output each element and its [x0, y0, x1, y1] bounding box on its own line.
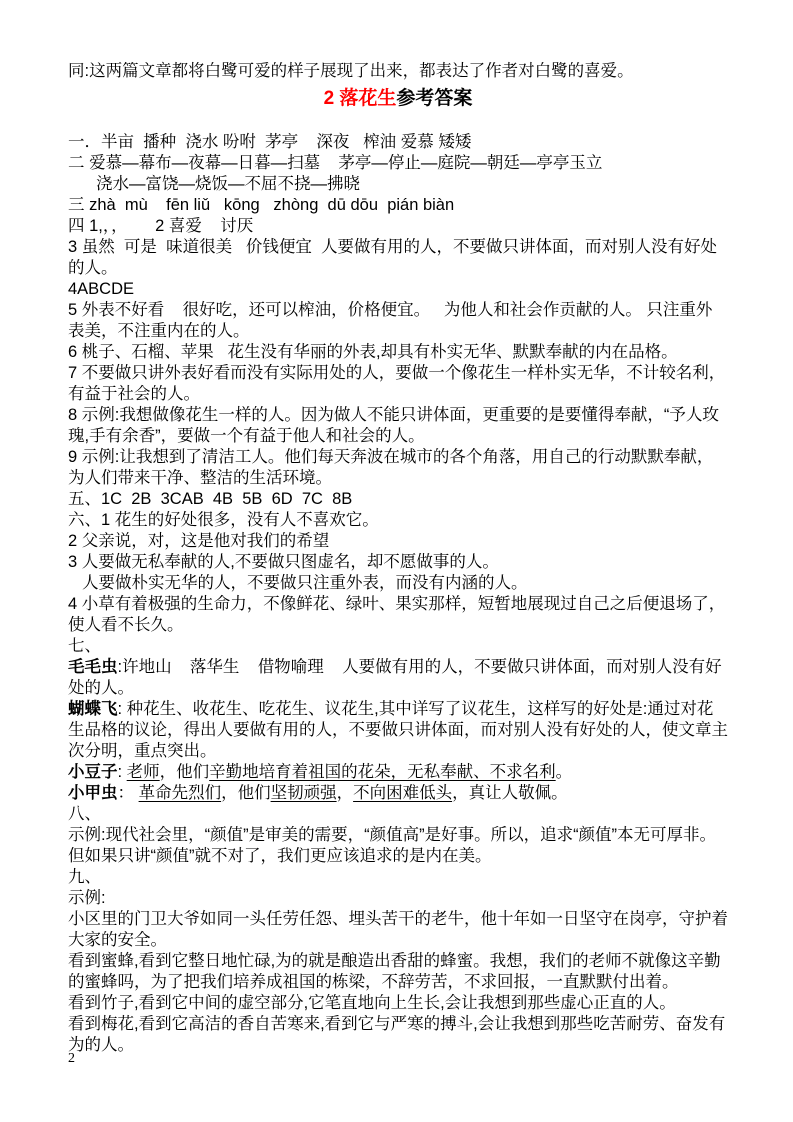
section-eight-label: 八、 [68, 804, 728, 825]
butterfly-answer-text: : 种花生、收花生、吃花生、议花生,其中详写了议花生，这样写的好处是:通过对花生… [68, 700, 728, 760]
title-lesson-number-name: 2 落花生 [324, 88, 397, 109]
answer-nine-bamboo: 看到竹子,看到它中间的虚空部分,它笔直地向上生长,会让我想到那些虚心正直的人。 [68, 993, 728, 1014]
answer-nine-example-label: 示例: [68, 888, 728, 909]
answer-nine-bee: 看到蜜蜂,看到它整日地忙碌,为的就是酿造出香甜的蜂蜜。我想，我们的老师不就像这辛… [68, 951, 728, 993]
answer-q4-item1: 四 1,，， 2 喜爱 讨厌 [68, 216, 728, 237]
answer-q3-pinyin: 三 zhà mù fēn liǔ kōng zhòng dū dōu pián … [68, 195, 728, 216]
title-suffix: 参考答案 [396, 88, 472, 109]
answer-seven-beetle: 小甲虫： 革命先烈们，他们坚韧顽强，不向困难低头，真让人敬佩。 [68, 783, 728, 804]
beetle-mid-text-1: ，他们 [221, 784, 271, 802]
answer-seven-butterfly: 蝴蝶飞: 种花生、收花生、吃花生、议花生,其中详写了议花生，这样写的好处是:通过… [68, 699, 728, 762]
butterfly-role-label: 蝴蝶飞 [68, 700, 118, 718]
page-number: 2 [68, 1051, 75, 1067]
answer-q4-item8: 8 示例:我想做像花生一样的人。因为做人不能只讲体面，更重要的是要懂得奉献，“予… [68, 405, 728, 447]
answer-q4-item4: 4ABCDE [68, 279, 728, 300]
answer-q4-item3: 3 虽然 可是 味道很美 价钱便宜 人要做有用的人，不要做只讲体面，而对别人没有… [68, 237, 728, 279]
bean-mid-text: ，他们 [160, 763, 210, 781]
answer-q4-item7: 7 不要做只讲外表好看而没有实际用处的人，要做一个像花生一样朴实无华，不计较名利… [68, 363, 728, 405]
beetle-end-text: ，真让人敬佩。 [452, 784, 568, 802]
caterpillar-role-label: 毛毛虫 [68, 658, 118, 676]
beetle-colon: ： [118, 784, 139, 802]
beetle-underlined-3: 不向困难低头 [353, 784, 452, 802]
answer-q2-line1: 二 爱慕—幕布—夜幕—日暮—扫墓 茅亭—停止—庭院—朝廷—亭亭玉立 [68, 153, 728, 174]
answer-q6-item4: 4 小草有着极强的生命力，不像鲜花、绿叶、果实那样，短暂地展现过自己之后便退场了… [68, 594, 728, 636]
answer-q2-line2: 浇水—富饶—烧饭—不屈不挠—拂晓 [68, 174, 728, 195]
caterpillar-answer-text: :许地山 落华生 借物喻理 人要做有用的人，不要做只讲体面，而对别人没有好处的人… [68, 658, 722, 697]
answer-q4-item5: 5 外表不好看 很好吃，还可以榨油，价格便宜。 为他人和社会作贡献的人。 只注重… [68, 300, 728, 342]
answer-nine-plum: 看到梅花,看到它高洁的香自苦寒来,看到它与严寒的搏斗,会让我想到那些吃苦耐劳、奋… [68, 1014, 728, 1056]
beetle-underlined-1: 革命先烈们 [139, 784, 222, 802]
intro-line: 同:这两篇文章都将白鹭可爱的样子展现了出来，都表达了作者对白鹭的喜爱。 [68, 61, 728, 82]
answer-sheet-page: 同:这两篇文章都将白鹭可爱的样子展现了出来，都表达了作者对白鹭的喜爱。 2 落花… [0, 0, 793, 1122]
answer-q6-item3a: 3 人要做无私奉献的人,不要做只图虚名，却不愿做事的人。 [68, 552, 728, 573]
answer-q4-item9: 9 示例:让我想到了清洁工人。他们每天奔波在城市的各个角落，用自己的行动默默奉献… [68, 447, 728, 489]
beetle-mid-text-2: ， [337, 784, 354, 802]
beetle-role-label: 小甲虫 [68, 784, 118, 802]
answer-seven-caterpillar: 毛毛虫:许地山 落华生 借物喻理 人要做有用的人，不要做只讲体面，而对别人没有好… [68, 657, 728, 699]
answer-eight-example: 示例:现代社会里，“颜值”是审美的需要，“颜值高”是好事。所以，追求“颜值”本无… [68, 825, 728, 867]
bean-end-text: 。 [556, 763, 573, 781]
bean-underlined-1: 老师 [127, 763, 160, 781]
answer-q6-item1: 六、1 花生的好处很多，没有人不喜欢它。 [68, 510, 728, 531]
section-nine-label: 九、 [68, 867, 728, 888]
answer-q6-item3b: 人要做朴实无华的人，不要做只注重外表，而没有内涵的人。 [68, 573, 728, 594]
answer-q6-item2: 2 父亲说，对，这是他对我们的希望 [68, 531, 728, 552]
answer-q5-choices: 五、1C 2B 3CAB 4B 5B 6D 7C 8B [68, 489, 728, 510]
answer-q4-item6: 6 桃子、石榴、苹果 花生没有华丽的外表,却具有朴实无华、默默奉献的内在品格。 [68, 342, 728, 363]
page-title: 2 落花生参考答案 [68, 87, 728, 111]
answer-nine-guard: 小区里的门卫大爷如同一头任劳任怨、埋头苦干的老牛，他十年如一日坚守在岗亭，守护着… [68, 909, 728, 951]
section-seven-label: 七、 [68, 636, 728, 657]
answer-q1: 一．半亩 播种 浇水 吩咐 茅亭 深夜 榨油 爱慕 矮矮 [68, 132, 728, 153]
bean-underlined-2: 辛勤地培育着祖国的花朵，无私奉献、不求名利 [209, 763, 556, 781]
beetle-underlined-2: 坚韧顽强 [271, 784, 337, 802]
bean-colon: : [118, 763, 127, 781]
answer-seven-bean: 小豆子: 老师，他们辛勤地培育着祖国的花朵，无私奉献、不求名利。 [68, 762, 728, 783]
bean-role-label: 小豆子 [68, 763, 118, 781]
